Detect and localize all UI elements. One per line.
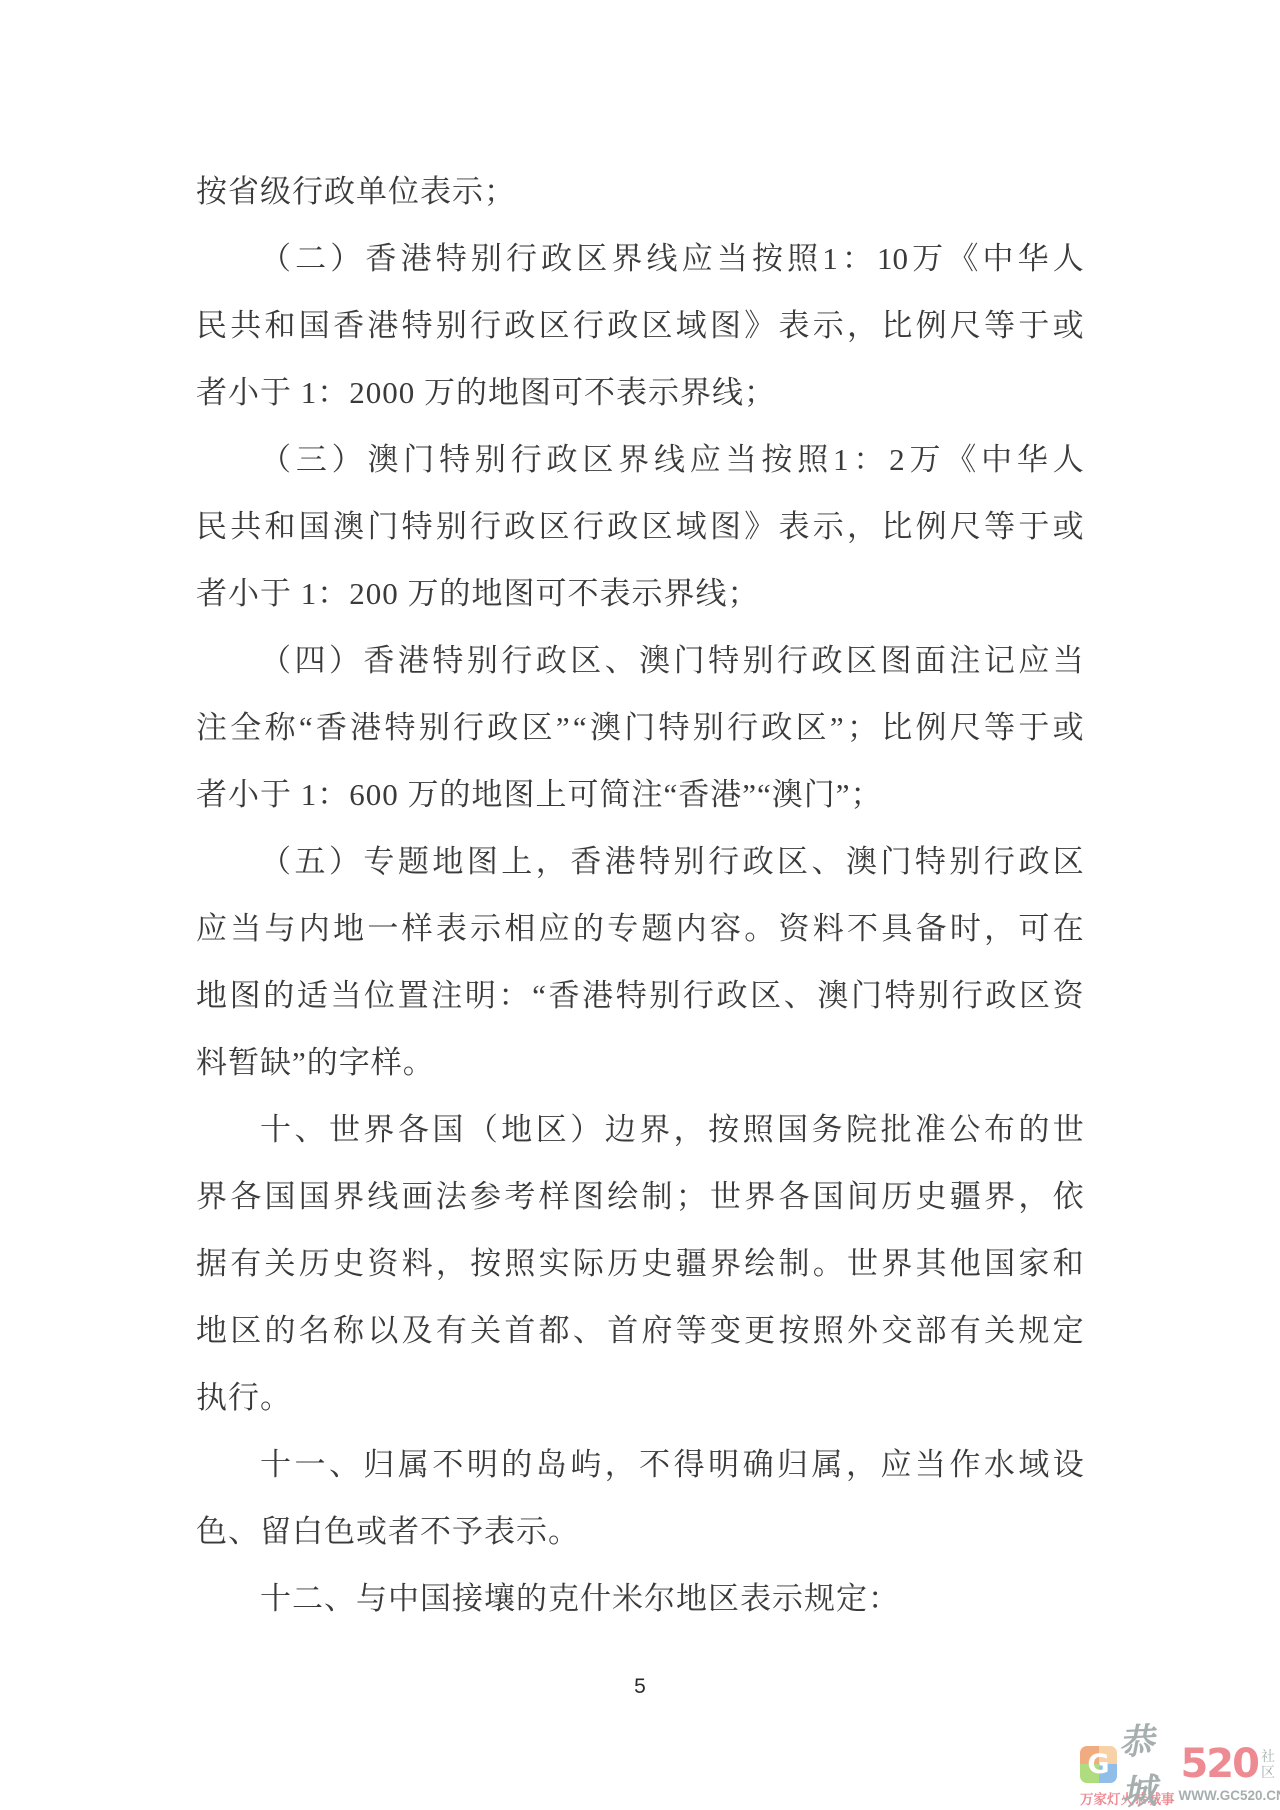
text-line: 应当与内地一样表示相应的专题内容。资料不具备时，可在	[196, 895, 1084, 962]
watermark-site-name: 恭城	[1117, 1713, 1181, 1810]
text-line: 界各国国界线画法参考样图绘制；世界各国间历史疆界，依	[196, 1163, 1084, 1230]
site-watermark: G 恭城 520 社区 万家灯火恭城事 WWW.GC520.CN	[1080, 1742, 1276, 1808]
text-line: 者小于 1：200 万的地图可不表示界线；	[196, 560, 1084, 627]
text-line: （三）澳门特别行政区界线应当按照1：2万《中华人	[196, 426, 1084, 493]
text-line: 十、世界各国（地区）边界，按照国务院批准公布的世	[196, 1096, 1084, 1163]
text-line: 按省级行政单位表示；	[196, 158, 1084, 225]
watermark-url: WWW.GC520.CN	[1179, 1788, 1280, 1808]
text-line: 民共和国澳门特别行政区行政区域图》表示，比例尺等于或	[196, 493, 1084, 560]
gc-logo-icon: G	[1080, 1746, 1117, 1783]
text-line: （五）专题地图上，香港特别行政区、澳门特别行政区	[196, 828, 1084, 895]
text-line: 民共和国香港特别行政区行政区域图》表示，比例尺等于或	[196, 292, 1084, 359]
text-line: 十二、与中国接壤的克什米尔地区表示规定：	[196, 1565, 1084, 1632]
text-line: 料暂缺”的字样。	[196, 1029, 1084, 1096]
watermark-site-number: 520	[1180, 1741, 1258, 1787]
logo-g-letter: G	[1080, 1746, 1117, 1783]
text-line: （四）香港特别行政区、澳门特别行政区图面注记应当	[196, 627, 1084, 694]
text-line: 据有关历史资料，按照实际历史疆界绘制。世界其他国家和	[196, 1230, 1084, 1297]
text-line: 色、留白色或者不予表示。	[196, 1498, 1084, 1565]
text-line: 执行。	[196, 1364, 1084, 1431]
watermark-logo-row: G 恭城 520 社区	[1080, 1742, 1276, 1786]
text-line: 者小于 1：600 万的地图上可简注“香港”“澳门”；	[196, 761, 1084, 828]
text-line: 地区的名称以及有关首都、首府等变更按照外交部有关规定	[196, 1297, 1084, 1364]
text-line: 地图的适当位置注明：“香港特别行政区、澳门特别行政区资	[196, 962, 1084, 1029]
document-text: 按省级行政单位表示；（二）香港特别行政区界线应当按照1：10万《中华人民共和国香…	[196, 158, 1084, 1632]
text-line: （二）香港特别行政区界线应当按照1：10万《中华人	[196, 225, 1084, 292]
text-line: 者小于 1：2000 万的地图可不表示界线；	[196, 359, 1084, 426]
text-line: 十一、归属不明的岛屿，不得明确归属，应当作水域设	[196, 1431, 1084, 1498]
page-number: 5	[196, 1672, 1084, 1702]
watermark-community-label: 社区	[1261, 1748, 1276, 1780]
text-line: 注全称“香港特别行政区”“澳门特别行政区”；比例尺等于或	[196, 694, 1084, 761]
